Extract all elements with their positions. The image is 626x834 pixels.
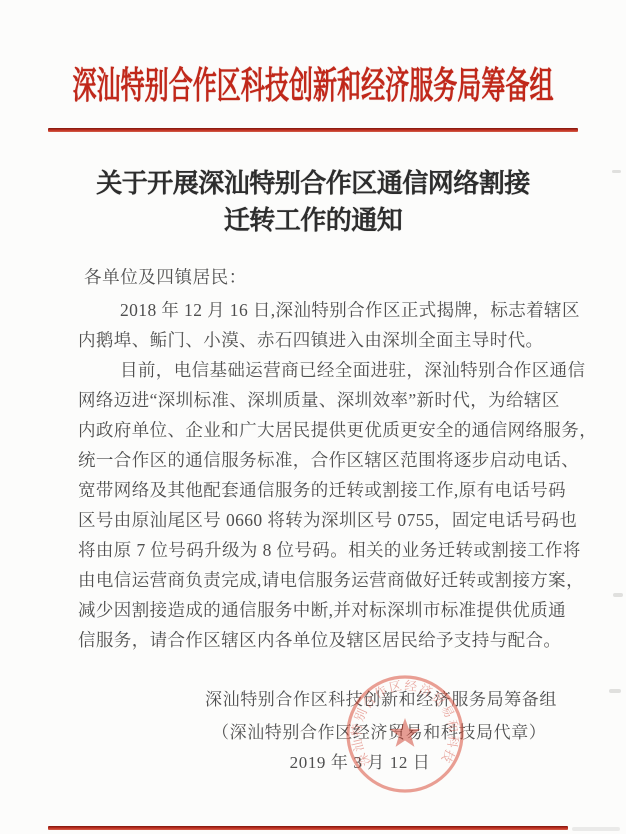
body-text: 2018 年 12 月 16 日,深汕特别合作区正式揭牌，标志着辖区 内鹅埠、鲘… <box>78 295 590 655</box>
scan-artifact <box>613 593 623 597</box>
signature-org: 深汕特别合作区科技创新和经济服务局筹备组 <box>205 689 545 711</box>
document-title-line2: 迁转工作的通知 <box>0 202 626 239</box>
body-line: 2018 年 12 月 16 日,深汕特别合作区正式揭牌，标志着辖区 <box>78 295 590 325</box>
body-line: 内鹅埠、鲘门、小漠、赤石四镇进入由深圳全面主导时代。 <box>78 325 590 355</box>
body-line: 宽带网络及其他配套通信服务的迁转或割接工作,原有电话号码 <box>78 475 590 505</box>
signature-date: 2019 年 3 月 12 日 <box>280 752 440 774</box>
salutation: 各单位及四镇居民： <box>84 264 247 289</box>
letterhead-org-name: 深汕特别合作区科技创新和经济服务局筹备组 <box>73 66 554 107</box>
body-line: 内政府单位、企业和广大居民提供更优质更安全的通信网络服务， <box>78 415 590 445</box>
letterhead-rule <box>48 128 578 132</box>
document-title: 关于开展深汕特别合作区通信网络割接 迁转工作的通知 <box>0 165 626 239</box>
body-line: 网络迈进“深圳标准、深圳质量、深圳效率”新时代，为给辖区 <box>78 385 590 415</box>
body-line: 区号由原汕尾区号 0660 将转为深圳区号 0755，固定电话号码也 <box>78 505 590 535</box>
body-line: 减少因割接造成的通信服务中断,并对标深圳市标准提供优质通 <box>78 595 590 625</box>
body-line: 信服务，请合作区辖区内各单位及辖区居民给予支持与配合。 <box>78 625 590 655</box>
scan-artifact <box>609 689 621 693</box>
body-line: 统一合作区的通信服务标准，合作区辖区范围将逐步启动电话、 <box>78 445 590 475</box>
signature-proxy-note: （深汕特别合作区经济贸易和科技局代章） <box>212 722 542 744</box>
body-line: 目前，电信基础运营商已经全面进驻，深汕特别合作区通信 <box>78 355 590 385</box>
footer-rule <box>48 826 568 830</box>
scanned-notice-page: 深汕特别合作区科技创新和经济服务局筹备组 关于开展深汕特别合作区通信网络割接 迁… <box>0 0 626 834</box>
body-line: 将由原 7 位号码升级为 8 位号码。相关的业务迁转或割接工作将 <box>78 535 590 565</box>
document-title-line1: 关于开展深汕特别合作区通信网络割接 <box>0 165 626 202</box>
body-line: 由电信运营商负责完成,请电信服务运营商做好迁转或割接方案， <box>78 565 590 595</box>
scan-artifact <box>572 827 620 831</box>
scan-artifact <box>612 170 621 173</box>
